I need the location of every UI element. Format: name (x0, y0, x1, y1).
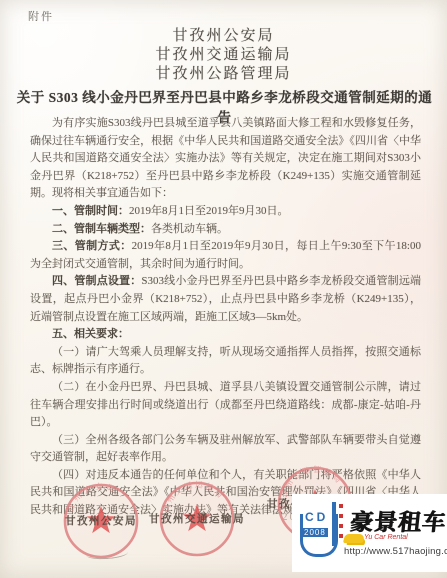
logo-bar (332, 502, 336, 546)
paragraph-req-1: （一）请广大驾乘人员理解支持，听从现场交通指挥人员指挥，按照交通标志、标牌指示有… (30, 344, 421, 379)
org-line-2: 甘孜州交通运输局 (0, 46, 447, 65)
logo-letters: CD (305, 510, 328, 524)
org-line-1: 甘孜州公安局 (0, 27, 447, 46)
paragraph-item-5: 五、相关要求： (30, 326, 421, 344)
paragraph-item-2: 二、管制车辆类型：各类机动车辆。 (30, 221, 421, 239)
org-line-3: 甘孜州公路管理局 (0, 65, 447, 84)
logo-dots (339, 504, 343, 544)
paragraph-item-3: 三、管制方式：2019年8月1日至2019年9月30日，每日上午9:30至下午1… (30, 238, 421, 273)
seal-org-label-2: 甘孜州交通运输局 (149, 511, 245, 526)
paragraph-req-2: （二）在小金丹巴界、丹巴县城、道孚县八美镇设置交通管制公示牌，请过往车辆合理安排… (30, 379, 421, 432)
issuing-orgs: 甘孜州公安局 甘孜州交通运输局 甘孜州公路管理局 (0, 27, 447, 84)
watermark-tagline: Yu Car Rental (364, 534, 408, 541)
attachment-label: 附件 (28, 8, 54, 24)
paragraph-item-1: 一、管制时间：2019年8月1日至2019年9月30日。 (30, 203, 421, 221)
paragraph-intro: 为有序实施S303线丹巴县城至道孚县八美镇路面大修工程和水毁修复任务，确保过往车… (30, 115, 421, 203)
logo-year: 2008 (302, 528, 328, 537)
paragraph-item-4: 四、管制点设置：S303线小金丹巴界至丹巴县中路乡李龙桥段交通管制远端设置，起点… (30, 273, 421, 326)
official-seal-2: 甘孜州交通运输局 甘孜州交通运输局 (157, 479, 237, 559)
site-watermark: CD 2008 豪景租车 Yu Car Rental http://www.51… (292, 494, 447, 572)
paragraph-req-3: （三）全州各级各部门公务车辆及驻州解放军、武警部队车辆要带头自觉遵守交通管制，起… (30, 432, 421, 467)
rental-logo-icon: CD 2008 (298, 500, 344, 564)
watermark-brand: 豪景租车 (348, 504, 447, 537)
seal-org-label-1: 甘孜州公安局 (65, 513, 137, 528)
watermark-url: http://www.517haojing.com (344, 546, 447, 557)
document-body: 为有序实施S303线丹巴县城至道孚县八美镇路面大修工程和水毁修复任务，确保过往车… (30, 115, 421, 520)
